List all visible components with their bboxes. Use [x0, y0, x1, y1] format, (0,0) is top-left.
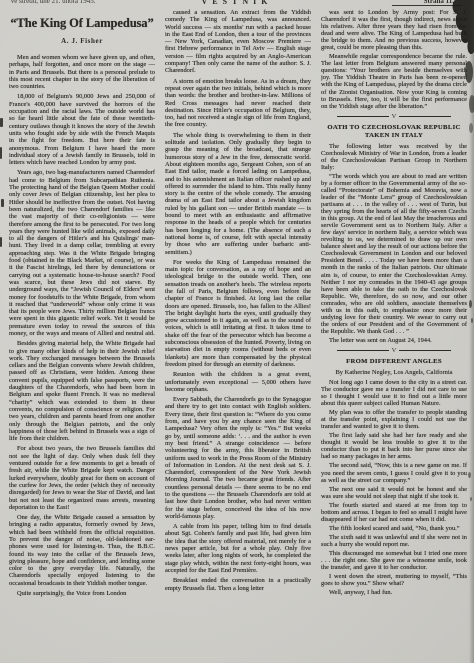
- column-layout: “The King Of Lampedusa” A. J. Fisher Men…: [9, 9, 467, 663]
- column-center: caused a sensation. An extract from the …: [165, 9, 311, 663]
- paragraph: Reunion with the children is a great eve…: [165, 371, 311, 393]
- scan-edge-mark: [0, 237, 2, 247]
- paragraph: The sixth said it was unlawful and if sh…: [321, 534, 467, 548]
- scan-speck: [471, 318, 473, 323]
- paragraph: The fourth started and stared at me from…: [321, 502, 467, 523]
- paragraph: “The words which you are about to read a…: [321, 173, 467, 335]
- article-byline: A. J. Fisher: [9, 37, 155, 45]
- scan-edge-mark: [0, 118, 3, 127]
- divider-glyph: V: [392, 114, 397, 120]
- paragraph: For about two years, the two Brussels fa…: [9, 445, 155, 511]
- masthead-title: VESTNIK: [201, 0, 272, 6]
- paragraph: This discouraged me somewhat but I tried…: [321, 550, 467, 571]
- divider-line: [337, 116, 389, 117]
- paragraph: The following letter was received by the…: [321, 143, 467, 171]
- section-divider: V: [321, 114, 467, 120]
- paragraph: caused a sensation. An extract from the …: [165, 9, 311, 75]
- newspaper-page: Ve středu, dne 21. února 1945. VESTNIK S…: [0, 0, 474, 663]
- article-headline: “The King Of Lampedusa”: [9, 16, 155, 30]
- scan-edge-mark: [1, 199, 4, 207]
- paragraph: was sent to London by Army post: For S. …: [321, 9, 467, 51]
- paragraph: One day, the White Brigade caused a sens…: [9, 514, 155, 587]
- angles-byline: By Katherine Negley, Los Angels, Califor…: [321, 369, 467, 376]
- paragraph: My plan was to offer the transfer to peo…: [321, 409, 467, 430]
- paragraph: The letter was sent on August 24, 1944.: [321, 337, 467, 344]
- scan-speck: [468, 472, 471, 478]
- paragraph: For weeks the King of Lampedusa remained…: [165, 259, 311, 368]
- paragraph: The second said, “Now, this is a new gam…: [321, 462, 467, 483]
- oath-heading-line2: TAKEN IN ITALY: [365, 132, 423, 139]
- column-right: was sent to London by Army post: For S. …: [321, 9, 467, 663]
- divider-glyph: V: [392, 348, 397, 354]
- oath-heading: OATH TO CZECHOSLOVAK REPUBLIC TAKEN IN I…: [323, 124, 465, 140]
- paragraph: The fifth looked scared and said, “No, t…: [321, 525, 467, 532]
- paragraph: Besides giving material help, the White …: [9, 340, 155, 442]
- paragraph: The first lady said she had her fare rea…: [321, 432, 467, 460]
- section-divider: V: [321, 348, 467, 354]
- paragraph: A cable from his paper, telling him to f…: [165, 523, 311, 574]
- paragraph: Not long ago I came down to the city in …: [321, 379, 467, 407]
- scan-speck: [470, 497, 472, 501]
- paragraph: The next one said it would not be honest…: [321, 486, 467, 500]
- divider-line: [337, 350, 389, 351]
- divider-line: [399, 116, 451, 117]
- masthead: Ve středu, dne 21. února 1945. VESTNIK S…: [0, 0, 474, 9]
- paragraph: I went down the street, muttering to mys…: [321, 573, 467, 587]
- paragraph: Meanwhile regular correspondence became …: [321, 53, 467, 109]
- paragraph: Well, anyway, I had fun.: [321, 589, 467, 596]
- divider-line: [399, 350, 451, 351]
- ink-stain-top-right: [448, 0, 474, 140]
- scan-speck: [469, 300, 472, 308]
- paragraph: Men and women whom we have given up, and…: [9, 54, 155, 90]
- paragraph: 18,000 of Belgium's 90,000 Jews and 250,…: [9, 93, 155, 166]
- paragraph: The whole thing is overwhelming to them …: [165, 132, 311, 256]
- angles-heading: FROM DIFFERENT ANGLES: [323, 358, 465, 366]
- paragraph: Breakfast ended the conversation in a pr…: [165, 577, 311, 592]
- paragraph: Every Sabbath, the Charendorfs go to the…: [165, 396, 311, 520]
- oath-heading-line1: OATH TO CZECHOSLOVAK REPUBLIC: [327, 124, 460, 131]
- paragraph: A storm of emotion breaks loose. As in a…: [165, 78, 311, 129]
- paragraph: Years ago, two bag-manufacturers named C…: [9, 169, 155, 337]
- paragraph: Quite surprisingly, the Voice from Londo…: [9, 590, 155, 597]
- masthead-date: Ve středu, dne 21. února 1945.: [10, 0, 96, 5]
- scan-edge-mark: [0, 147, 2, 159]
- column-left: “The King Of Lampedusa” A. J. Fisher Men…: [9, 9, 155, 663]
